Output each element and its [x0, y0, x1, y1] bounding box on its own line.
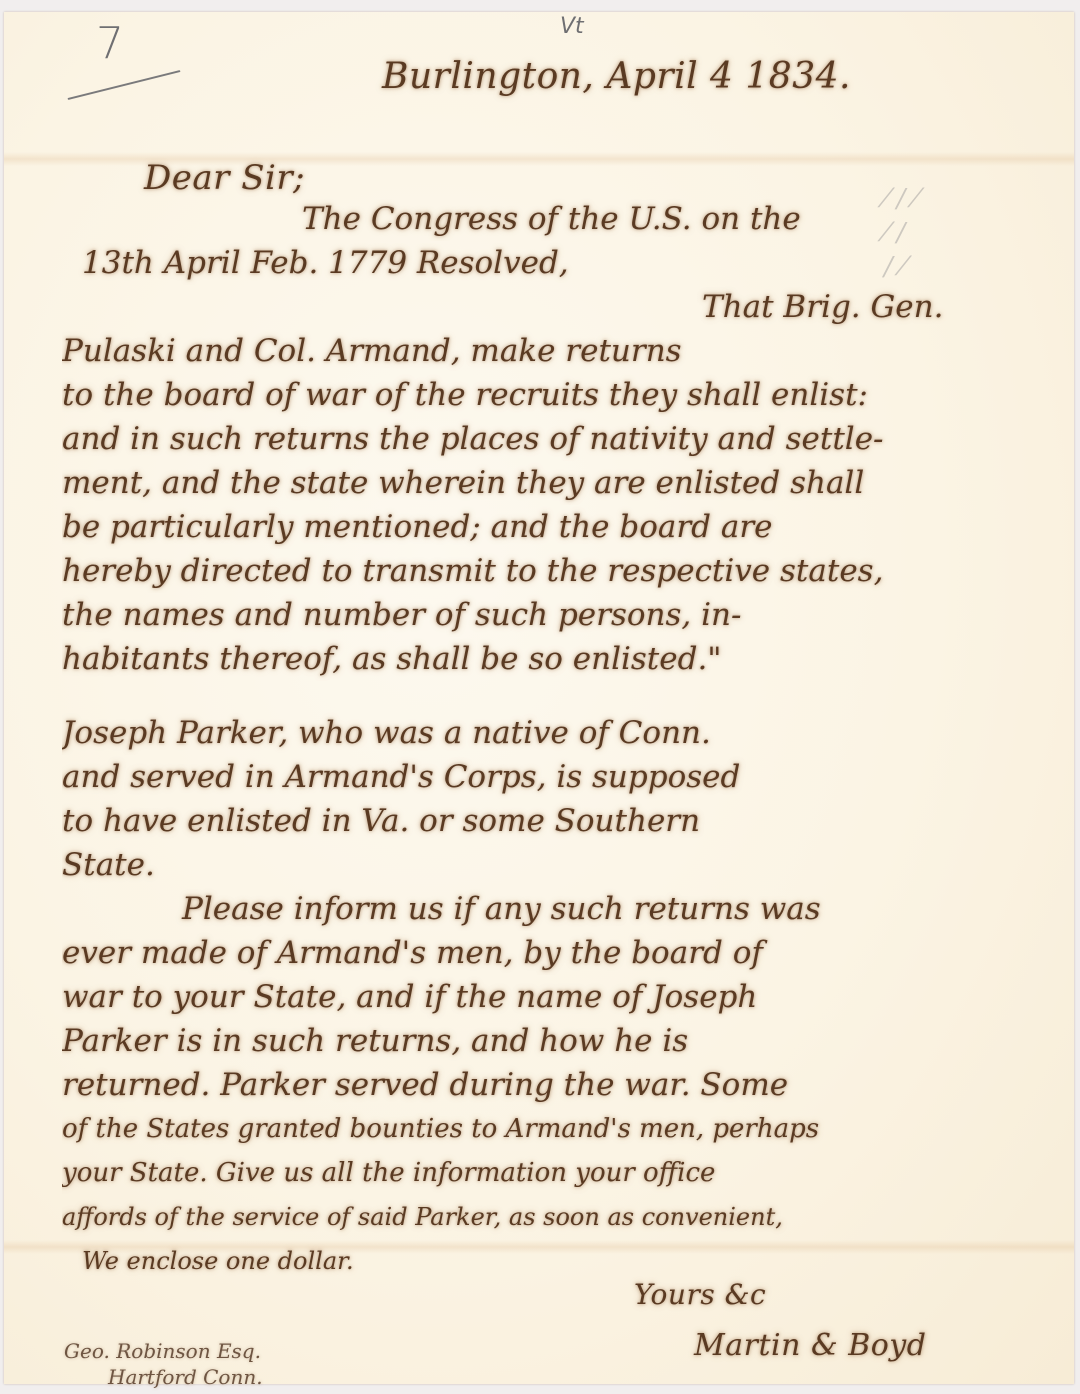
salutation: Dear Sir; [144, 158, 305, 198]
body-line: the names and number of such persons, in… [62, 593, 1022, 637]
body-line: and served in Armand's Corps, is suppose… [62, 755, 1022, 799]
body-line: That Brig. Gen. [62, 285, 1022, 329]
addressee-location: Hartford Conn. [64, 1364, 263, 1390]
body-line: 13th April Feb. 1779 Resolved, [62, 241, 1022, 285]
inserted-note-annotation: Vt [560, 14, 584, 39]
body-line: Please inform us if any such returns was [62, 887, 1022, 931]
body-line: Pulaski and Col. Armand, make returns [62, 329, 1022, 373]
body-line: returned. Parker served during the war. … [62, 1063, 1022, 1107]
place-and-date: Burlington, April 4 1834. [382, 56, 851, 97]
body-line: war to your State, and if the name of Jo… [62, 975, 1022, 1019]
body-line: The Congress of the U.S. on the [62, 197, 1022, 241]
body-line: Joseph Parker, who was a native of Conn. [62, 711, 1022, 755]
paragraph-gap [62, 681, 1022, 711]
closing: Yours &c [634, 1278, 766, 1311]
body-line: hereby directed to transmit to the respe… [62, 549, 1022, 593]
body-line: to have enlisted in Va. or some Southern [62, 799, 1022, 843]
body-line: affords of the service of said Parker, a… [62, 1195, 1022, 1239]
letter-page: 7 Vt Burlington, April 4 1834. Dear Sir;… [4, 12, 1074, 1384]
body-line: We enclose one dollar. [62, 1239, 1022, 1283]
addressee-name: Geo. Robinson Esq. [64, 1338, 263, 1364]
body-line: State. [62, 843, 1022, 887]
body-line: to the board of war of the recruits they… [62, 373, 1022, 417]
body-line: ever made of Armand's men, by the board … [62, 931, 1022, 975]
body-line: habitants thereof, as shall be so enlist… [62, 637, 1022, 681]
addressee-block: Geo. Robinson Esq. Hartford Conn. [64, 1338, 263, 1390]
letter-body: The Congress of the U.S. on the 13th Apr… [62, 197, 1022, 1283]
body-line: be particularly mentioned; and the board… [62, 505, 1022, 549]
body-line: Parker is in such returns, and how he is [62, 1019, 1022, 1063]
body-line: ment, and the state wherein they are enl… [62, 461, 1022, 505]
body-line: your State. Give us all the information … [62, 1151, 1022, 1195]
page-number-underline [67, 70, 180, 100]
body-line: of the States granted bounties to Armand… [62, 1107, 1022, 1151]
signature: Martin & Boyd [694, 1328, 926, 1363]
body-line: and in such returns the places of nativi… [62, 417, 1022, 461]
page-number-annotation: 7 [96, 18, 124, 69]
